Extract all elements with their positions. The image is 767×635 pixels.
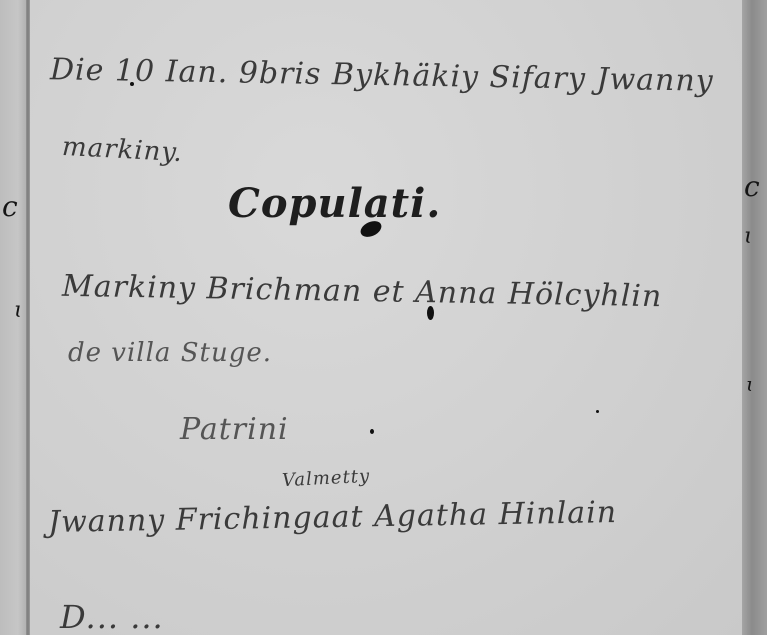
- ink-blot: [370, 429, 374, 434]
- ink-blot: [596, 410, 599, 413]
- left-margin-mark: ɩ: [14, 298, 23, 323]
- village-line: de villa Stuge.: [68, 338, 272, 368]
- ink-blot: [130, 82, 134, 86]
- ink-blot: [427, 306, 434, 320]
- right-margin-mark: c: [744, 170, 760, 203]
- entry-line-2: markiny.: [61, 132, 183, 168]
- document-scan: Die 10 Ian. 9bris Bykhäkiy Sifary Jwanny…: [0, 0, 767, 635]
- right-margin-mark: ɩ: [746, 372, 754, 396]
- heading-copulati: Copulati.: [228, 180, 441, 227]
- next-entry-line-partial: D... ...: [60, 598, 164, 635]
- heading-patrini: Patrini: [180, 412, 289, 447]
- left-margin-mark: c: [2, 190, 18, 223]
- right-margin-mark: ɩ: [744, 224, 753, 249]
- right-gutter: [742, 0, 767, 635]
